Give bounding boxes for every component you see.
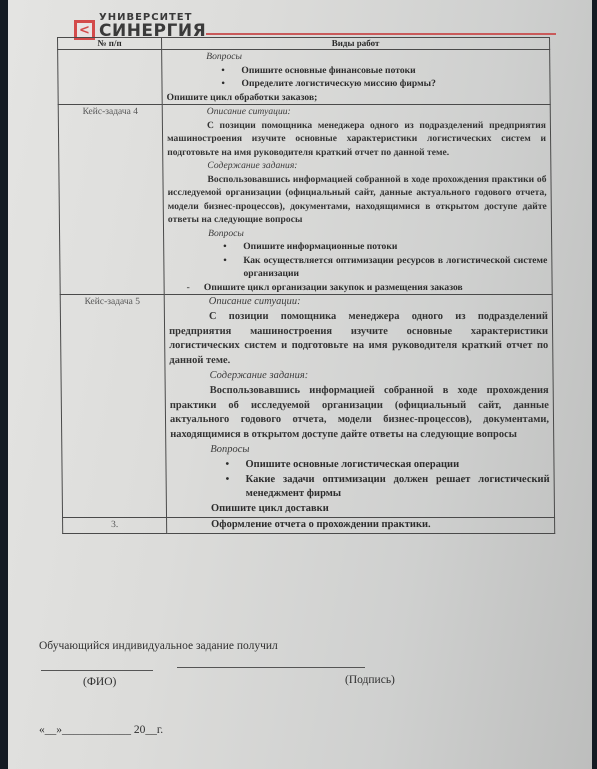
case-4-work: Описание ситуации: С позиции помощника м… (162, 105, 552, 295)
question-list: Опишите основные финансовые потоки Опред… (166, 64, 545, 91)
content-label: Содержание задания: (167, 159, 546, 173)
signature-blank (177, 667, 365, 668)
fio-blank (41, 670, 153, 671)
table-row: Кейс-задача 5 Описание ситуации: С позиц… (60, 295, 554, 518)
task-tail: Опишите цикл доставки (171, 502, 550, 517)
case-5-num: Кейс-задача 5 (60, 295, 166, 518)
col-num-header: № п/п (58, 38, 162, 50)
signature-label: (Подпись) (345, 674, 395, 686)
situation-label: Описание ситуации: (167, 105, 546, 119)
question-list: Опишите основные логистическая операции … (170, 458, 549, 502)
question-item: Опишите основные логистическая операции (245, 458, 549, 473)
col-work-header: Виды работ (162, 38, 550, 50)
table-header-row: № п/п Виды работ (58, 38, 550, 50)
question-item: Определите логистическую миссию фирмы? (241, 77, 545, 91)
row-num (58, 50, 163, 105)
fio-label: (ФИО) (83, 676, 116, 688)
table-row: Вопросы Опишите основные финансовые пото… (58, 50, 551, 105)
questions-label: Вопросы (166, 50, 545, 64)
question-item: Опишите основные финансовые потоки (241, 64, 545, 78)
situation-label: Описание ситуации: (169, 295, 548, 310)
case-4-num: Кейс-задача 4 (58, 105, 164, 295)
situation-text: С позиции помощника менеджера одного из … (169, 310, 549, 369)
case-5-work: Описание ситуации: С позиции помощника м… (164, 295, 554, 518)
header-rule (206, 33, 556, 35)
row-work: Вопросы Опишите основные финансовые пото… (162, 50, 551, 105)
question-item: Опишите информационные потоки (243, 240, 547, 254)
question-item: Какие задачи оптимизации должен решает л… (246, 473, 550, 503)
row-3-num: 3. (63, 517, 167, 533)
question-list: Опишите информационные потоки Как осущес… (168, 240, 547, 281)
received-statement: Обучающийся индивидуальное задание получ… (39, 640, 559, 652)
table-row: Кейс-задача 4 Описание ситуации: С позиц… (58, 105, 552, 295)
questions-label: Вопросы (170, 443, 549, 458)
content-text: Воспользовавшись информацией собранной в… (167, 173, 547, 227)
table-row: 3. Оформление отчета о прохождении практ… (63, 517, 555, 533)
date-line: «__»____________ 20__г. (39, 724, 559, 736)
question-item: Как осуществляется оптимизации ресурсов … (243, 254, 547, 281)
situation-text: С позиции помощника менеджера одного из … (167, 119, 546, 160)
task-tail: Опишите цикл обработки заказов; (167, 91, 546, 105)
signature-block: Обучающийся индивидуальное задание получ… (39, 640, 559, 736)
content-text: Воспользовавшись информацией собранной в… (170, 384, 550, 443)
tasks-table: № п/п Виды работ Вопросы Опишите основны… (57, 37, 555, 534)
university-logo: < УНИВЕРСИТЕТ СИНЕРГИЯ (74, 13, 206, 40)
questions-label: Вопросы (168, 227, 547, 241)
content-label: Содержание задания: (169, 369, 548, 384)
row-3-work: Оформление отчета о прохождении практики… (167, 517, 555, 533)
task-tail: Опишите цикл организации закупок и разме… (169, 281, 548, 295)
